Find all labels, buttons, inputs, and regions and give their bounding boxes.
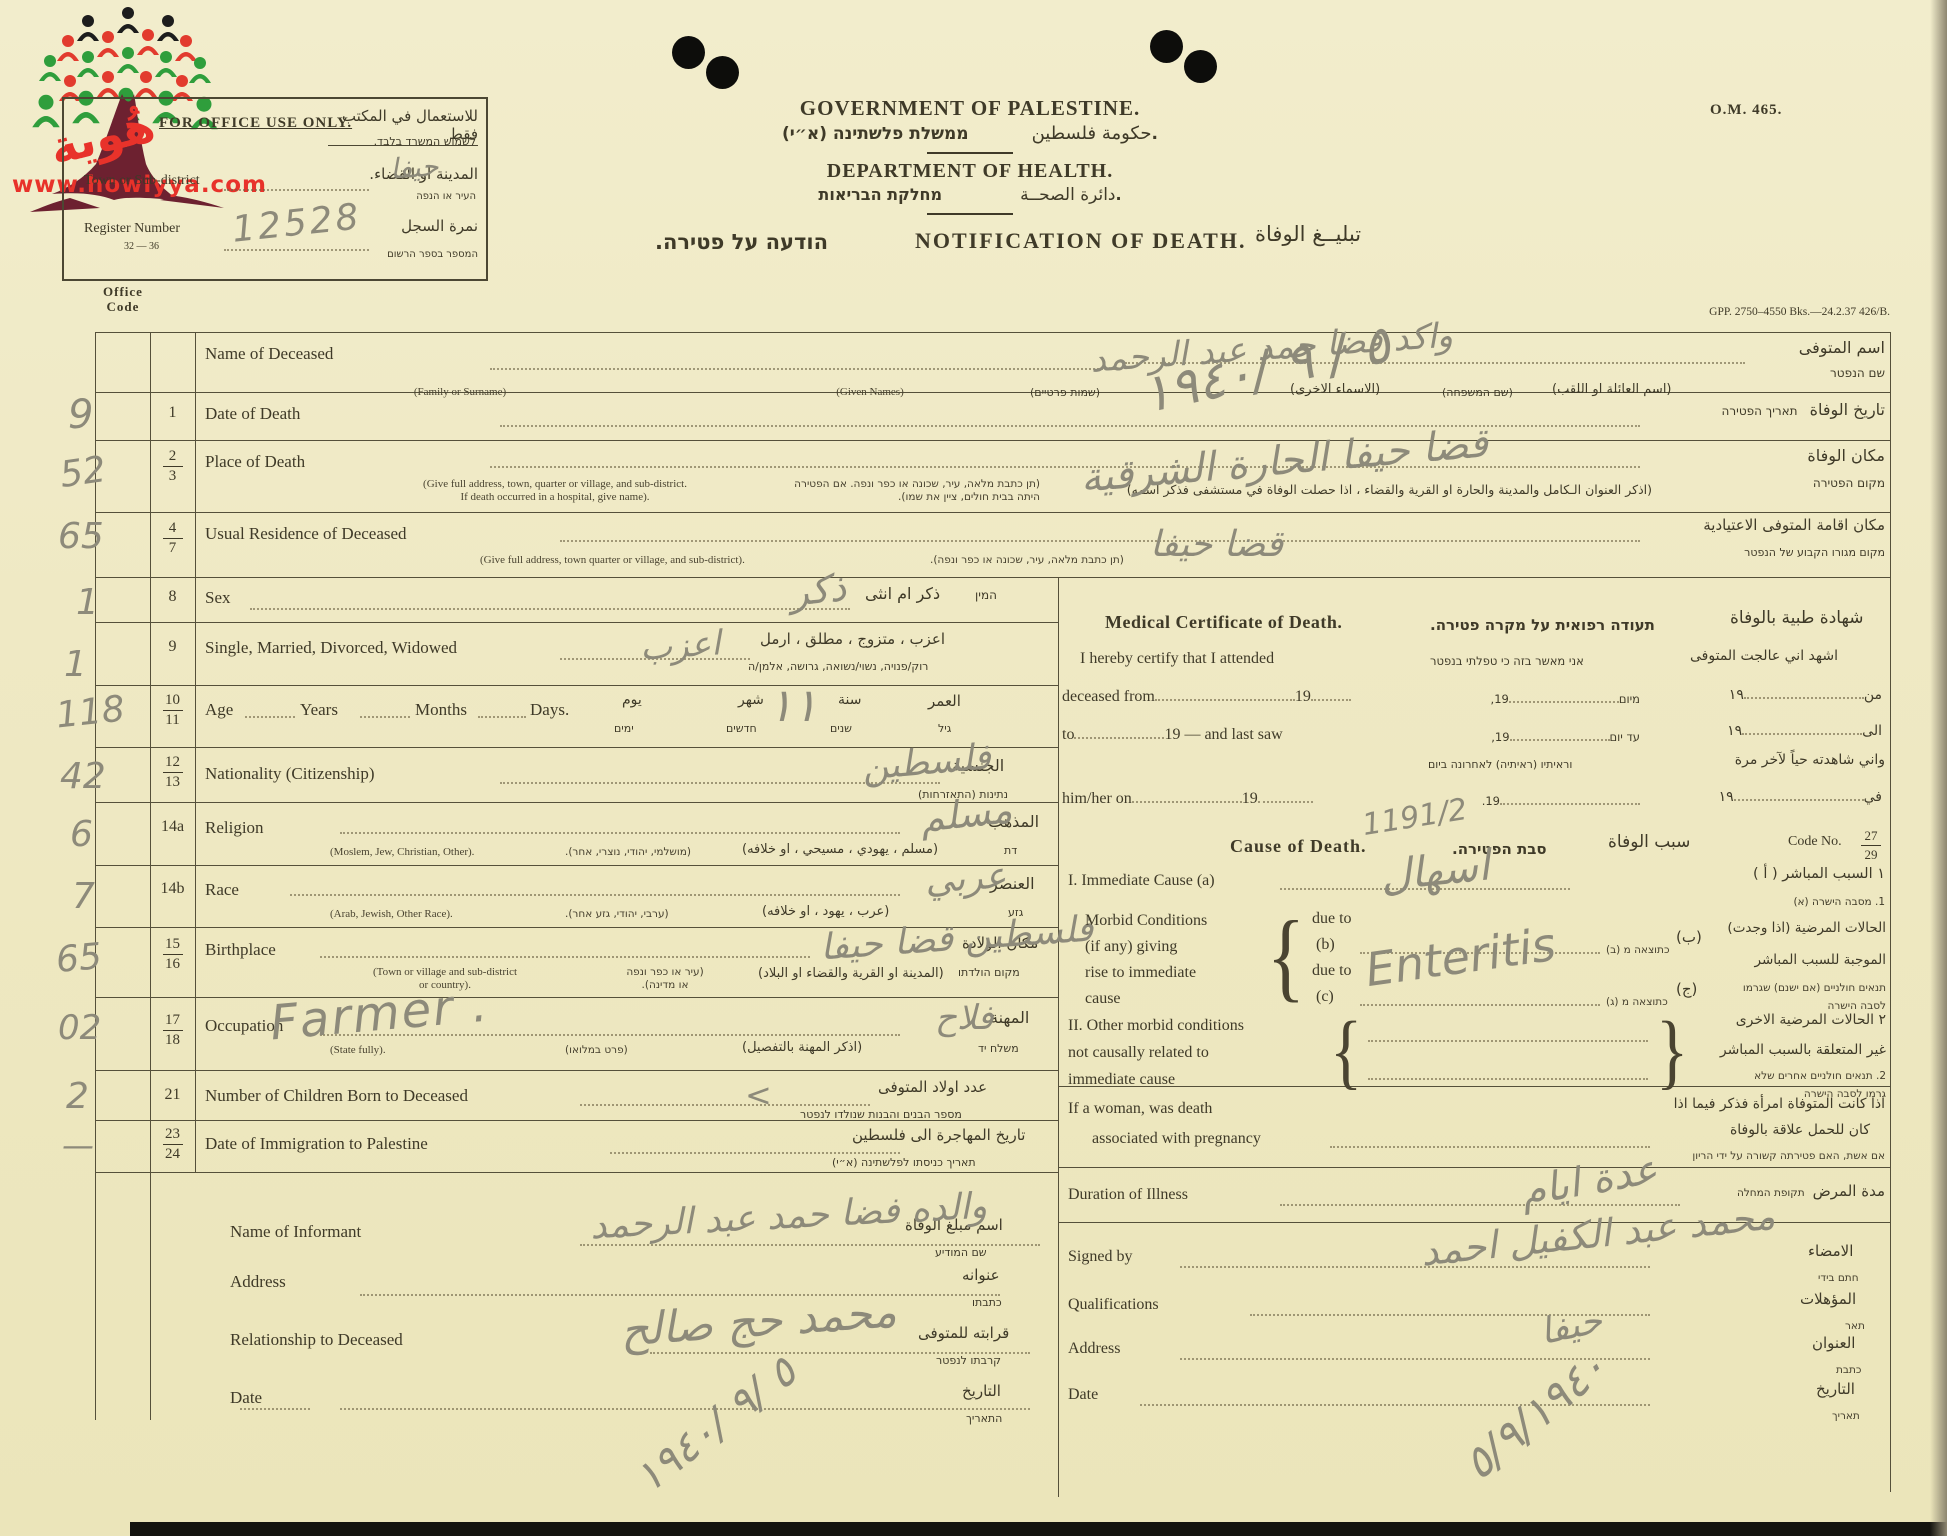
due-to-c-label: due to — [1312, 962, 1352, 980]
medical-certificate-title: Medical Certificate of Death. — [1105, 612, 1342, 633]
month-label-ar: شهر — [738, 692, 764, 708]
name-label-he: שם הנפטר — [1755, 366, 1885, 380]
divider — [320, 956, 810, 958]
divider — [478, 716, 526, 718]
other-morbid-he1: 2. תנאים חולניים אחרים שלא — [1696, 1070, 1886, 1082]
divider — [195, 332, 196, 1172]
c-label: (c) — [1316, 988, 1334, 1006]
divider — [360, 1294, 1000, 1296]
brace-left: { — [1267, 906, 1305, 1006]
row-number: 1 — [150, 404, 195, 422]
office-use-title: FOR OFFICE USE ONLY. — [159, 115, 352, 132]
divider — [290, 894, 900, 896]
birthplace-label: Birthplace — [205, 940, 276, 960]
divider — [1368, 1040, 1648, 1042]
divider — [95, 1070, 1058, 1071]
punch-hole-icon — [672, 36, 705, 69]
register-label: Register Number — [84, 221, 180, 237]
office-code-handwritten: 6 — [70, 814, 93, 855]
cause-of-death-title-ar: سبب الوفاة — [1608, 832, 1690, 852]
doctor-date-label-ar: التاريخ — [1816, 1380, 1855, 1398]
register-range: 32 — 36 — [124, 241, 159, 252]
doctor-date-value-handwritten: ٥/٩/١٩٤٠ — [1454, 1341, 1618, 1490]
relationship-label-he: קרבתו לנפטר — [936, 1354, 1001, 1367]
race-sublabel-he: (ערבי, יהודי, גזע אחר). — [565, 908, 669, 920]
divider — [340, 832, 900, 834]
informant-name-label-he: שם המודיע — [935, 1246, 987, 1259]
divider — [1280, 1204, 1680, 1206]
divider — [560, 540, 1640, 542]
due-b-ar: (ب) — [1676, 928, 1702, 946]
row-number: 2324 — [150, 1126, 195, 1163]
last-saw-he: וראיתיו (ראיתיה) לאחרונה ביום — [1428, 758, 1572, 771]
divider — [95, 802, 1058, 803]
usual-residence-label: Usual Residence of Deceased — [205, 524, 407, 544]
office-code-handwritten: 02 — [58, 1008, 101, 1048]
sex-label-he: המין — [975, 588, 997, 602]
row-number: 1213 — [150, 754, 195, 791]
religion-value-handwritten: مسلم — [918, 787, 1014, 840]
medical-certificate-title-ar: شهادة طبية بالوفاة — [1730, 608, 1864, 628]
sex-value-handwritten: ذكر — [788, 565, 848, 615]
other-morbid-ar2: غير المتعلقة بالسبب المباشر — [1696, 1042, 1886, 1058]
immediate-cause-label: I. Immediate Cause (a) — [1068, 872, 1215, 890]
immediate-cause-label-he: 1. מסבה הישרה (א) — [1720, 896, 1885, 908]
race-sublabel-ar: (عرب ، يهود ، او خلافه) — [762, 904, 889, 919]
notification-title-ar: تبليــغ الوفاة — [1255, 222, 1361, 246]
age-label-ar: العمر — [928, 692, 961, 710]
religion-sublabel-he: (מושלמי, יהודי, נוצרי, אחר). — [565, 846, 691, 858]
year-label-he: שנים — [830, 722, 852, 735]
marital-status-label-he: רוק/פנויה, נשוי/נשואה, גרושה, אלמן/ה — [748, 660, 928, 673]
pregnancy-ar1: اذا كانت المتوفاة امرأة فذكر فيما اذا — [1620, 1096, 1885, 1112]
doctor-address-value-handwritten: حيفا — [1536, 1300, 1605, 1353]
him-her-line: him/her on19 — [1062, 790, 1313, 808]
row-number: 21 — [150, 1086, 195, 1104]
divider — [927, 213, 1013, 215]
divider — [580, 1104, 870, 1106]
government-title: GOVERNMENT OF PALESTINE. — [610, 96, 1330, 121]
age-label-he: גיל — [938, 722, 951, 735]
divider — [95, 997, 1058, 998]
qualifications-label-he: תאר — [1845, 1320, 1865, 1332]
religion-sublabel-ar: (مسلم ، يهودي ، مسيحي ، او خلافه) — [742, 842, 938, 857]
residence-sublabel-en: (Give full address, town quarter or vill… — [480, 554, 910, 567]
pregnancy-he: אם אשת, האם פטירתה קשורה על ידי הריון — [1620, 1150, 1885, 1162]
office-code-handwritten: 7 — [72, 876, 95, 917]
immediate-cause-label-ar: ١ السبب المباشر ( أ ) — [1690, 866, 1885, 882]
qualifications-label: Qualifications — [1068, 1296, 1159, 1314]
month-label-he: חדשים — [726, 722, 757, 735]
divider — [224, 189, 369, 191]
informant-name-value-handwritten: والده فضا حمد عبد الرحمد — [589, 1186, 988, 1248]
register-label-ar: نمرة السجل — [401, 217, 478, 235]
informant-date-value-handwritten: ٥ /٩ /١٩٤٠ — [625, 1347, 805, 1503]
certify-text-ar: اشهد اني عالجت المتوفى — [1690, 648, 1838, 664]
year-label-ar: سنة — [838, 692, 861, 708]
place-of-death-label: Place of Death — [205, 452, 305, 472]
immediate-cause-value-handwritten: اسهال — [1378, 840, 1492, 900]
family-name-sublabel-he: (שם המשפחה) — [1442, 386, 1513, 399]
register-value-handwritten: 12528 — [230, 196, 363, 250]
birthplace-sublabel-he: (עיר או כפר ונפהאו מדינה). — [595, 966, 735, 992]
divider — [1330, 1146, 1650, 1148]
divider — [927, 152, 1013, 154]
signed-by-label-he: חתם בידי — [1818, 1272, 1859, 1284]
town-value-handwritten: حيفا — [388, 149, 439, 185]
date-of-death-label: Date of Death — [205, 404, 300, 424]
divider — [150, 332, 151, 1420]
due-to-b-label: due to — [1312, 910, 1352, 928]
race-sublabel-en: (Arab, Jewish, Other Race). — [330, 908, 550, 921]
relationship-value-handwritten: محمد حج صالح — [619, 1286, 899, 1356]
duration-label: Duration of Illness — [1068, 1186, 1188, 1204]
informant-address-label-ar: عنوانه — [962, 1266, 1000, 1284]
notification-title-he: הודעה על פטירה. — [655, 230, 828, 254]
notification-title-en: NOTIFICATION OF DEATH. — [915, 228, 1246, 254]
office-code-heading: OfficeCode — [92, 284, 154, 314]
name-label-ar: اسم المتوفى — [1755, 338, 1885, 357]
due-b-he: כתוצאה מ (ב) — [1606, 944, 1670, 956]
other-morbid-ar1: ٢ الحالات المرضية الاخرى — [1696, 1012, 1886, 1028]
children-value-handwritten: < — [745, 1076, 772, 1114]
punch-hole-icon — [706, 56, 739, 89]
divider — [95, 332, 96, 1420]
register-label-he: המספר בספר הרשום — [387, 249, 478, 260]
children-born-label: Number of Children Born to Deceased — [205, 1086, 468, 1106]
morbid-label-ar2: الموجبة للسبب المباشر — [1706, 952, 1886, 968]
office-code-handwritten: 52 — [57, 449, 108, 496]
place-label-he: מקום הפטירה — [1755, 476, 1885, 490]
relationship-label: Relationship to Deceased — [230, 1330, 403, 1350]
race-value-handwritten: عربي — [924, 855, 1008, 902]
residence-label-he: מקום מגורו הקבוע של הנפטר — [1640, 546, 1885, 559]
morbid-label-he2: לסבה הישרה — [1700, 1000, 1886, 1012]
morbid-label-he1: תנאים חולניים (אם ישנם) שגרמו — [1700, 982, 1886, 994]
day-label-he: ימים — [614, 722, 634, 735]
divider — [95, 865, 1058, 866]
relationship-label-ar: قرابته للمتوفى — [918, 1324, 1009, 1342]
printer-reference: GPP. 2750–4550 Bks.—24.2.37 426/B. — [1540, 306, 1890, 318]
place-sublabel-he: (תן כתבת מלאה, עיר, שכונה או כפר ונפה. א… — [780, 478, 1040, 504]
divider — [95, 440, 1890, 441]
given-names-sublabel-he: (שמות פרטיים) — [1030, 386, 1100, 399]
doctor-address-label-he: כתבת — [1836, 1364, 1861, 1376]
nationality-label: Nationality (Citizenship) — [205, 764, 375, 784]
row-number: 47 — [150, 520, 195, 557]
family-name-sublabel-ar: (اسم العائلة او اللقب) — [1552, 382, 1672, 397]
divider — [610, 1152, 900, 1154]
divider — [95, 577, 1890, 578]
morbid-conditions-label: Morbid Conditions (if any) giving rise t… — [1085, 908, 1207, 1012]
divider — [250, 608, 850, 610]
sex-label-ar: ذكر ام انثى — [865, 584, 940, 603]
occupation-sublabel-en: (State fully). — [330, 1044, 450, 1057]
residence-label-ar: مكان اقامة المتوفى الاعتيادية — [1640, 516, 1885, 534]
office-code-handwritten: 118 — [54, 689, 127, 737]
marital-status-label-ar: اعزب ، متزوج ، مطلق ، ارمل — [760, 630, 945, 648]
age-days-label: Days. — [530, 700, 569, 720]
divider — [95, 332, 1890, 333]
doctor-date-label: Date — [1068, 1386, 1098, 1404]
age-months-label: Months — [415, 700, 467, 720]
divider — [340, 1408, 1030, 1410]
divider — [1058, 1167, 1890, 1168]
doctor-address-label-ar: العنوان — [1812, 1334, 1855, 1352]
marital-status-label: Single, Married, Divorced, Widowed — [205, 638, 457, 658]
informant-date-label-ar: التاريخ — [962, 1382, 1001, 1400]
age-months-value-handwritten: ١١ — [768, 678, 817, 732]
informant-name-label: Name of Informant — [230, 1222, 361, 1242]
office-code-handwritten: 1 — [64, 644, 87, 685]
government-title-bilingual: حكومة فلسطين ממשלת פלשתינה (א״י). — [610, 123, 1330, 144]
office-code-handwritten: 2 — [66, 1076, 89, 1117]
scanned-death-notification-form: هُوية www.howiyya.com FOR OFFICE USE ONL… — [0, 0, 1947, 1536]
cause-of-death-title: Cause of Death. — [1230, 836, 1367, 857]
office-code-handwritten: 42 — [60, 756, 106, 797]
residence-value-handwritten: قضا حيفا — [1150, 524, 1283, 565]
doctor-address-label: Address — [1068, 1340, 1120, 1358]
marital-status-value-handwritten: اعزب — [639, 623, 722, 669]
immigration-date-label-ar: تاريخ المهاجرة الى فلسطين — [852, 1126, 1025, 1144]
attended-from-line-ar: من١٩ — [1672, 686, 1882, 704]
town-label: Town or Sub-district — [84, 173, 200, 189]
birthplace-label-he: מקום הולדתו — [958, 966, 1020, 979]
punch-hole-icon — [1184, 50, 1217, 83]
pregnancy-line2: associated with pregnancy — [1092, 1130, 1261, 1148]
occupation-value-handwritten-en: Farmer . — [268, 977, 491, 1052]
immigration-date-label-he: תאריך כניסתו לפלשתינה (א״י) — [832, 1156, 976, 1169]
certify-text-he: אני מאשר בזה כי טפלתי בנפטר — [1430, 654, 1584, 668]
divider — [1360, 1004, 1600, 1006]
birthplace-sublabel-ar: (المدينة او القرية والقضاء او البلاد) — [758, 966, 944, 981]
divider — [95, 622, 1058, 623]
medical-certificate-title-he: תעודה רפואית על מקרה פטירה. — [1430, 616, 1655, 634]
certify-text: I hereby certify that I attended — [1080, 650, 1274, 668]
divider — [95, 685, 1058, 686]
place-sublabel-en: (Give full address, town, quarter or vil… — [340, 478, 770, 504]
office-code-handwritten: — — [62, 1126, 94, 1164]
pregnancy-line1: If a woman, was death — [1068, 1100, 1212, 1118]
morbid-label-ar1: الحالات المرضية (اذا وجدت) — [1706, 920, 1886, 936]
informant-date-label: Date — [230, 1388, 262, 1408]
sex-label: Sex — [205, 588, 231, 608]
brace-left: { — [1330, 1010, 1362, 1094]
children-born-label-ar: عدد اولاد المتوفى — [878, 1078, 987, 1096]
divider — [1058, 577, 1059, 1497]
attended-from-line: deceased from19 — [1062, 688, 1351, 706]
b-label: (b) — [1316, 936, 1335, 954]
office-use-title-he: לשמוש המשרד בלבד. — [374, 135, 476, 148]
occupation-value-handwritten-ar: فلاح — [935, 998, 994, 1038]
divider — [1180, 1266, 1650, 1268]
occupation-sublabel-he: (פרט במלואו) — [565, 1044, 628, 1056]
brace-right: } — [1656, 1010, 1688, 1094]
office-code-handwritten: 65 — [58, 516, 104, 557]
informant-address-label-he: כתבתו — [972, 1296, 1002, 1309]
signed-by-label-ar: الامضاء — [1808, 1242, 1853, 1260]
informant-date-label-he: התאריך — [966, 1412, 1002, 1425]
morbid-value-handwritten: Enteritis — [1362, 917, 1559, 997]
code-value-handwritten: 1191/2 — [1360, 792, 1470, 843]
family-surname-sublabel: (Family or Surname) — [330, 386, 590, 399]
department-title-bilingual: دائرة الصحــة מחלקת הבריאות. — [610, 185, 1330, 205]
form-header: GOVERNMENT OF PALESTINE. حكومة فلسطين ממ… — [610, 96, 1330, 215]
row-number: 14a — [150, 818, 195, 836]
office-code-handwritten: 1 — [76, 582, 99, 623]
given-names-sublabel: (Given Names) — [760, 386, 980, 399]
children-born-label-he: מספר הבנים והבנות שנולדו לנפטר — [800, 1108, 962, 1121]
code-no-fraction: 2729 — [1858, 828, 1884, 863]
punch-hole-icon — [1150, 30, 1183, 63]
divider — [245, 716, 295, 718]
qualifications-label-ar: المؤهلات — [1800, 1290, 1856, 1308]
age-label: Age — [205, 700, 233, 720]
row-number: 23 — [150, 448, 195, 485]
row-number: 14b — [150, 880, 195, 898]
divider — [240, 1408, 310, 1410]
informant-address-label: Address — [230, 1272, 286, 1292]
divider — [1368, 1078, 1648, 1080]
occupation-label-he: משלח יד — [978, 1042, 1019, 1055]
office-use-box: FOR OFFICE USE ONLY. للاستعمال في المكتب… — [62, 97, 488, 281]
row-number: 8 — [150, 588, 195, 606]
religion-label: Religion — [205, 818, 264, 838]
him-her-line-ar: في١٩ — [1672, 788, 1882, 806]
divider — [95, 512, 1890, 513]
due-c-ar: (ج) — [1676, 980, 1697, 998]
occupation-label-ar: المهنة — [990, 1008, 1029, 1027]
nationality-value-handwritten: فلسطين — [860, 736, 992, 788]
code-no-label: Code No. — [1788, 834, 1842, 850]
form-reference-number: O.M. 465. — [1710, 102, 1782, 119]
place-label-ar: مكان الوفاة — [1755, 446, 1885, 465]
attended-to-line-he: עד יום19, — [1420, 728, 1640, 744]
age-years-label: Years — [300, 700, 338, 720]
last-saw-ar: واني شاهدته حياً لآخر مرة — [1650, 752, 1885, 768]
signed-by-label: Signed by — [1068, 1248, 1132, 1266]
row-number: 9 — [150, 638, 195, 656]
attended-from-line-he: מיום19, — [1420, 690, 1640, 706]
date-of-death-label-bilingual: تاريخ الوفاة תאריך הפטירה — [1640, 400, 1885, 420]
row-number: 1718 — [150, 1012, 195, 1049]
religion-sublabel-en: (Moslem, Jew, Christian, Other). — [330, 846, 550, 859]
attended-to-line: to19 — and last saw — [1062, 726, 1283, 744]
scan-edge — [130, 1522, 1947, 1536]
race-label: Race — [205, 880, 239, 900]
pregnancy-ar2: كان للحمل علاقة بالوفاة — [1620, 1122, 1870, 1138]
immigration-date-label: Date of Immigration to Palestine — [205, 1134, 428, 1154]
divider — [360, 716, 410, 718]
residence-sublabel-he: (תן כתבת מלאה, עיר, שכונה או כפר ונפה). — [930, 554, 1180, 566]
scan-edge — [1930, 0, 1947, 1536]
town-label-he: העיר או הנפה — [416, 191, 476, 202]
occupation-sublabel-ar: (اذكر المهنة بالتفصيل) — [742, 1040, 862, 1055]
doctor-date-label-he: תאריך — [1832, 1410, 1860, 1422]
row-number: 1516 — [150, 936, 195, 973]
day-label-ar: يوم — [622, 692, 642, 708]
name-of-deceased-label: Name of Deceased — [205, 344, 333, 364]
office-code-handwritten: 65 — [54, 936, 103, 981]
divider — [1890, 332, 1891, 1492]
divider — [490, 368, 1115, 370]
department-title: DEPARTMENT OF HEALTH. — [610, 160, 1330, 183]
row-number: 1011 — [150, 692, 195, 729]
attended-to-line-ar: الى١٩ — [1672, 722, 1882, 740]
office-code-handwritten: 9 — [68, 392, 93, 438]
other-morbid-label: II. Other morbid conditions not causally… — [1068, 1012, 1244, 1093]
religion-label-he: דת — [1004, 844, 1017, 857]
divider — [95, 1172, 1058, 1173]
